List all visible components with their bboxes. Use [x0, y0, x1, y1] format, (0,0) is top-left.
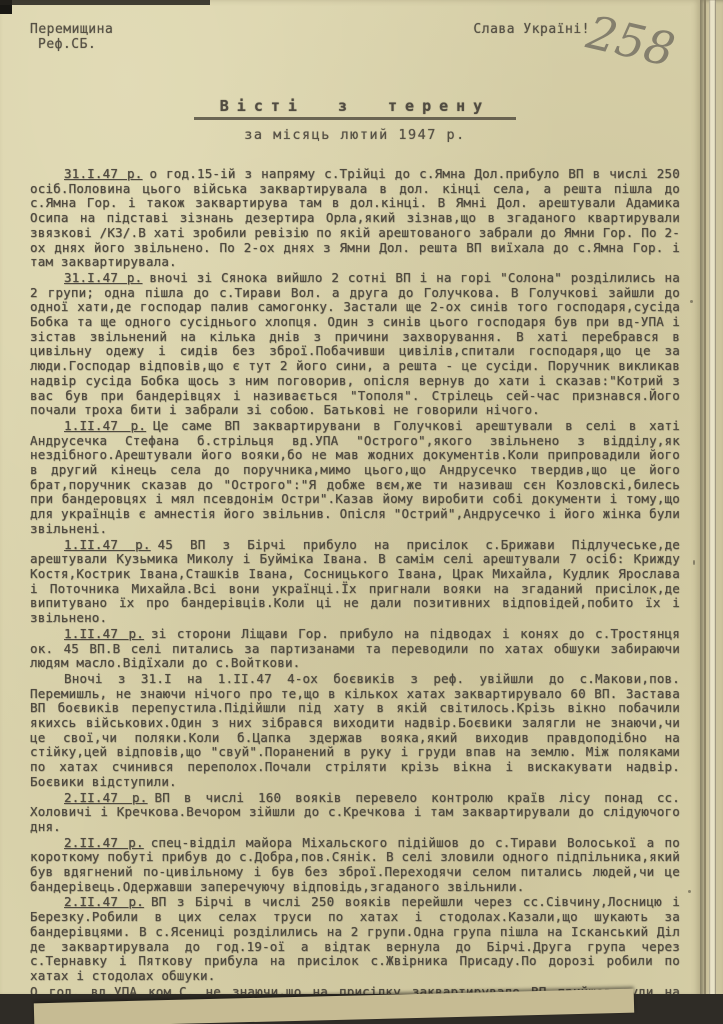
- paper-speck: [690, 300, 693, 303]
- entry-text: о год.15-ій з напряму с.Трійці до с.Ямна…: [30, 166, 680, 269]
- report-entry: 1.II.47 р.зі сторони Ліщави Гор. прибуло…: [30, 627, 680, 671]
- page-title: Вісті з терену: [194, 97, 516, 120]
- entry-date: 1.II.47 р.: [64, 626, 144, 641]
- page-subtitle: за місяць лютий 1947 р.: [30, 127, 680, 143]
- entry-date: 2.II.47 р.: [64, 894, 144, 909]
- paper: Перемищина Реф.СБ. Слава Україні! Вісті …: [0, 0, 700, 1002]
- title-wrap: Вісті з терену: [30, 96, 680, 120]
- report-entry: 1.II.47 р.45 ВП з Бірчі прибуло на присі…: [30, 538, 680, 626]
- report-entry: 31.I.47 р.вночі зі Сянока вийшло 2 сотні…: [30, 271, 680, 418]
- page-stack-edge: [709, 0, 716, 1024]
- entry-date: 31.I.47 р.: [64, 270, 142, 285]
- report-entry: 2.II.47 р.ВП з Бірчі в числі 250 вояків …: [30, 895, 680, 983]
- entry-date: 31.I.47 р.: [64, 166, 142, 181]
- paper-speck: [688, 890, 691, 893]
- paper-speck: [693, 560, 695, 565]
- report-entry: 2.II.47 р.спец-відділ майора Міхальского…: [30, 836, 680, 895]
- scan-top-shadow: [0, 0, 210, 5]
- header-left: Перемищина Реф.СБ.: [30, 22, 113, 52]
- entry-text: Це саме ВП заквартирувани в Голучкові ар…: [30, 418, 680, 536]
- document-scan: Перемищина Реф.СБ. Слава Україні! Вісті …: [0, 0, 723, 1024]
- entry-text: Вночі з 31.I на 1.II.47 4-ох боєвиків з …: [30, 671, 680, 789]
- report-entry: Вночі з 31.I на 1.II.47 4-ох боєвиків з …: [30, 672, 680, 790]
- entry-text: вночі зі Сянока вийшло 2 сотні ВП і на г…: [30, 270, 680, 417]
- slogan: Слава Україні!: [473, 22, 590, 37]
- org-label: Реф.СБ.: [30, 37, 113, 52]
- document-header: Перемищина Реф.СБ. Слава Україні!: [30, 22, 680, 52]
- report-entry: 2.II.47 р.ВП в числі 160 вояків перевело…: [30, 791, 680, 835]
- report-entry: 31.I.47 р.о год.15-ій з напряму с.Трійці…: [30, 167, 680, 270]
- region-label: Перемищина: [30, 22, 113, 37]
- entry-date: 2.II.47 р.: [64, 835, 144, 850]
- report-body: 31.I.47 р.о год.15-ій з напряму с.Трійці…: [30, 167, 680, 1024]
- entry-date: 1.II.47 р.: [64, 418, 146, 433]
- entry-date: 1.II.47 р.: [64, 537, 151, 552]
- entry-date: 2.II.47 р.: [64, 790, 147, 805]
- page-stack-edge: [704, 0, 706, 1024]
- report-entry: 1.II.47 р.Це саме ВП заквартирувани в Го…: [30, 419, 680, 537]
